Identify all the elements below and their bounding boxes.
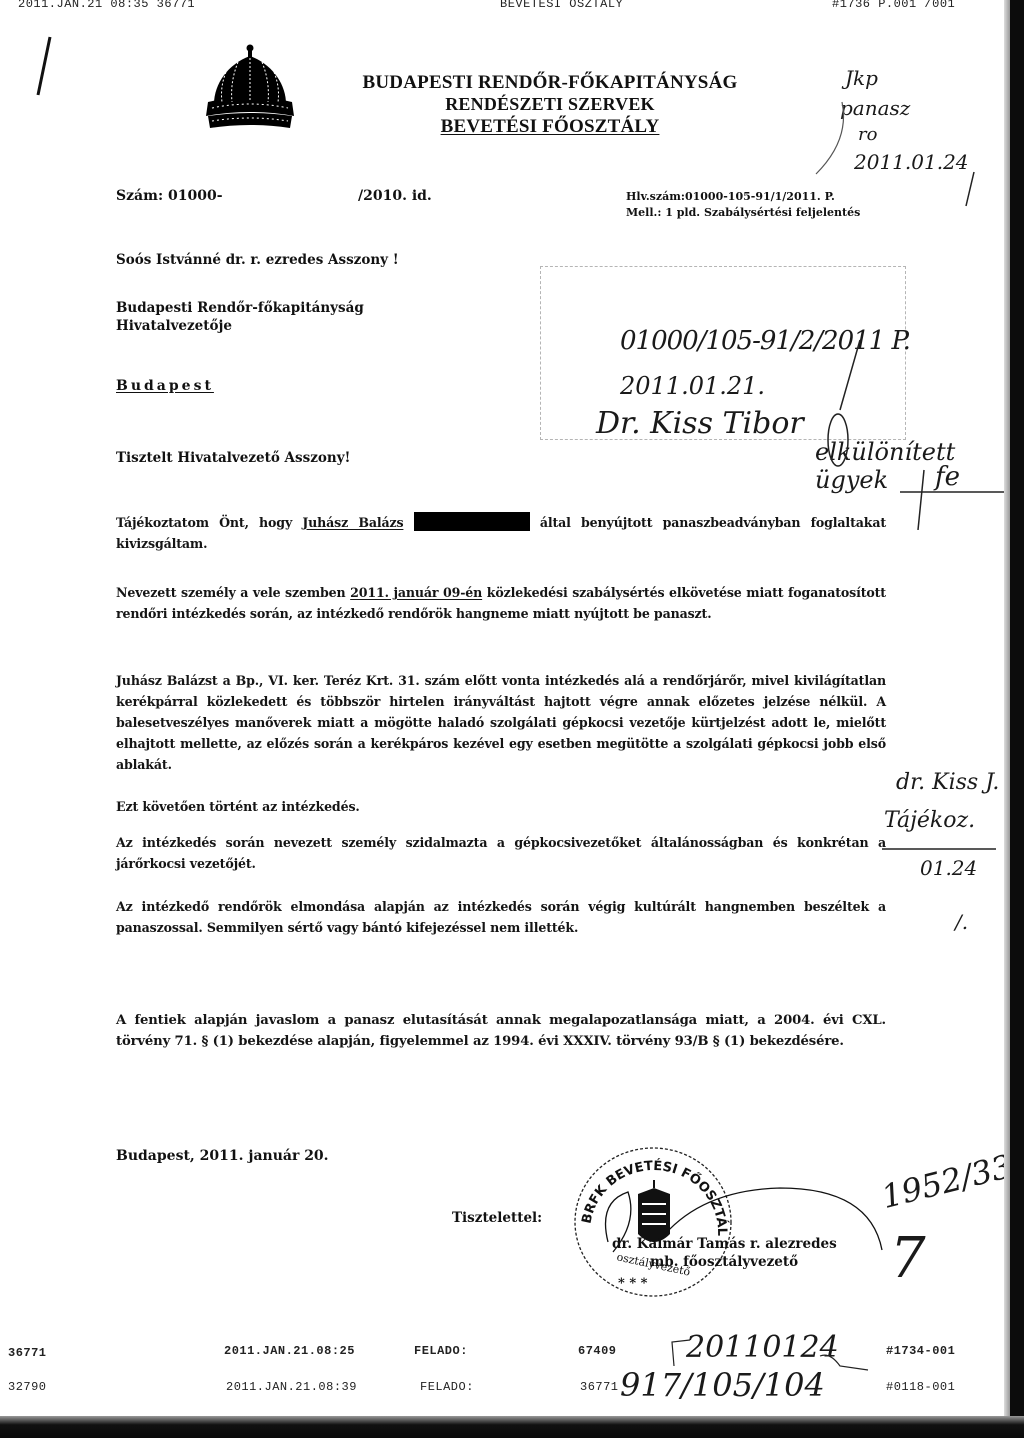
place-and-date: Budapest, 2011. január 20. bbox=[116, 1148, 329, 1164]
handwritten-strokes bbox=[820, 300, 1020, 530]
margin-stroke-mark bbox=[32, 32, 56, 102]
paragraph-3: Juhász Balázst a Bp., VI. ker. Teréz Krt… bbox=[116, 670, 886, 775]
paragraph-3-last-line: Ezt követően történt az intézkedés. bbox=[116, 796, 886, 817]
handwritten-side-underline bbox=[880, 846, 1000, 852]
paragraph-2: Nevezett személy a vele szemben 2011. ja… bbox=[116, 582, 886, 624]
handwritten-side-note-line2: Tájékoz. bbox=[884, 808, 975, 833]
handwritten-tick-mark bbox=[960, 170, 980, 210]
addressee-org-line2: Hivatalvezetője bbox=[116, 318, 232, 334]
scan-edge-right bbox=[1010, 0, 1024, 1438]
handwritten-stroke-seven: 7 bbox=[890, 1226, 926, 1291]
handwritten-side-mark: /. bbox=[955, 910, 968, 934]
addressee-city: Budapest bbox=[116, 378, 214, 394]
fax-header-center: BEVETESI OSZTALY bbox=[500, 0, 623, 11]
paragraph-6-recommendation: A fentiek alapján javaslom a panasz elut… bbox=[116, 1010, 886, 1052]
holy-crown-emblem-icon bbox=[198, 42, 302, 134]
handwritten-note-line1: Jkp bbox=[845, 66, 878, 90]
redaction-bar bbox=[414, 512, 530, 531]
fax-footer-row1-label: FELADO: bbox=[414, 1344, 468, 1358]
fax-footer-row2-datetime: 2011.JAN.21.08:39 bbox=[226, 1380, 357, 1394]
regards: Tisztelettel: bbox=[452, 1210, 542, 1226]
fax-footer-row1-datetime: 2011.JAN.21.08:25 bbox=[224, 1344, 355, 1358]
addressee-name: Soós Istvánné dr. r. ezredes Asszony ! bbox=[116, 252, 399, 268]
paragraph-1: Tájékoztatom Önt, hogy Juhász Balázs ált… bbox=[116, 512, 886, 554]
complainant-name: Juhász Balázs bbox=[302, 515, 403, 530]
reference-number-label: Szám: 01000- bbox=[116, 188, 223, 204]
fax-footer-row2-id: 32790 bbox=[8, 1380, 47, 1394]
handwritten-side-note-line3: 01.24 bbox=[920, 856, 977, 880]
fax-footer-row1-id: 36771 bbox=[8, 1346, 47, 1360]
scan-edge-bottom bbox=[0, 1416, 1024, 1438]
handwritten-note-line4: 2011.01.24 bbox=[854, 150, 969, 174]
fax-footer-row2-from: 36771 bbox=[580, 1380, 619, 1394]
fax-header-left: 2011.JAN.21 08:35 36771 bbox=[18, 0, 195, 11]
letterhead-line3: BEVETÉSI FŐOSZTÁLY bbox=[315, 116, 785, 138]
paragraph-4: Az intézkedés során nevezett személy szi… bbox=[116, 832, 886, 874]
handwritten-side-note-line1: dr. Kiss J. bbox=[896, 770, 999, 795]
fax-footer-row2-ref: #0118-001 bbox=[886, 1380, 955, 1394]
letterhead-line2: RENDÉSZETI SZERVEK bbox=[315, 94, 785, 115]
handwritten-registry-date: 2011.01.21. bbox=[620, 372, 765, 400]
handwritten-footer-bracket bbox=[670, 1336, 870, 1396]
p1-text-before: Tájékoztatom Önt, hogy bbox=[116, 515, 292, 530]
letterhead-line1: BUDAPESTI RENDŐR-FŐKAPITÁNYSÁG bbox=[315, 72, 785, 94]
greeting: Tisztelt Hivatalvezető Asszony! bbox=[116, 450, 350, 466]
handwritten-registry-signature: Dr. Kiss Tibor bbox=[596, 406, 804, 441]
stamp-stars: * * * bbox=[618, 1276, 647, 1291]
incident-date: 2011. január 09-én bbox=[350, 585, 482, 600]
fax-footer-row1-from: 67409 bbox=[578, 1344, 617, 1358]
reference-number-year: /2010. id. bbox=[358, 188, 432, 204]
fax-header-right: #1736 P.001 /001 bbox=[832, 0, 955, 11]
addressee-org-line1: Budapesti Rendőr-főkapitányság bbox=[116, 300, 364, 316]
official-reference-number: Hlv.szám:01000-105-91/1/2011. P. bbox=[626, 190, 835, 203]
signer-title: mb. főosztályvezető bbox=[650, 1254, 798, 1270]
attachment-note: Mell.: 1 pld. Szabálysértési feljelentés bbox=[626, 206, 860, 219]
handwritten-file-number: 1952/337 bbox=[878, 1142, 1024, 1216]
p2-text-before: Nevezett személy a vele szemben bbox=[116, 585, 346, 600]
paragraph-5: Az intézkedő rendőrök elmondása alapján … bbox=[116, 896, 886, 938]
handwritten-note-line3: ro bbox=[858, 124, 877, 145]
signer-name: dr. Kalmár Tamás r. alezredes bbox=[612, 1236, 837, 1252]
handwritten-bracket-mark bbox=[812, 100, 852, 180]
fax-footer-row2-label: FELADO: bbox=[420, 1380, 474, 1394]
fax-footer-row1-ref: #1734-001 bbox=[886, 1344, 955, 1358]
